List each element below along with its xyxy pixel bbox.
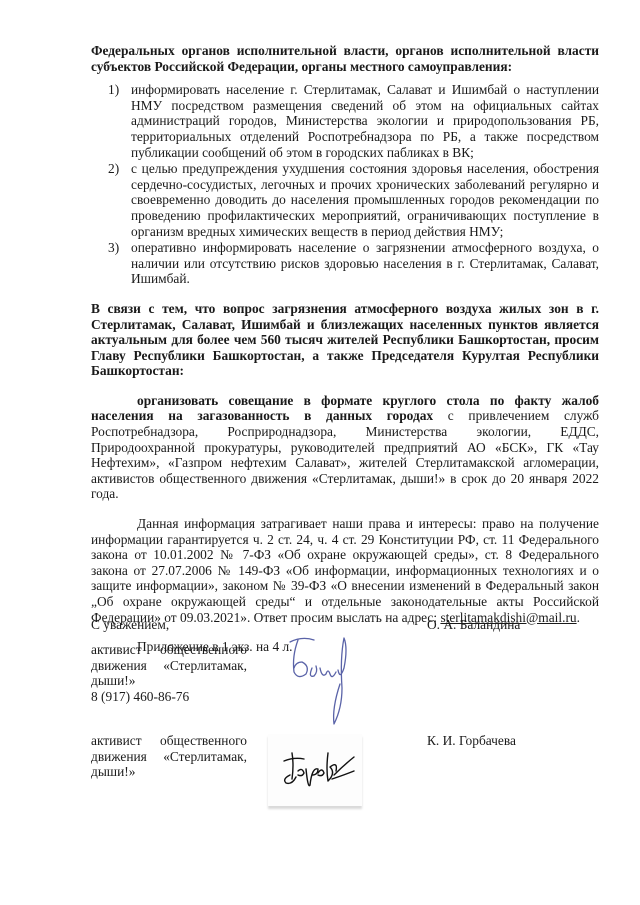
- addressee-heading: Федеральных органов исполнительной власт…: [91, 43, 599, 74]
- signer-role: активистобщественного движения«Стерлитам…: [91, 733, 247, 780]
- closing-greeting: С уважением,: [91, 617, 169, 633]
- legal-paragraph: Данная информация затрагивает наши права…: [91, 516, 599, 625]
- signer-name: О. А. Баландина: [427, 617, 520, 633]
- legal-text: Данная информация затрагивает наши права…: [91, 516, 599, 625]
- demand-text: информировать население г. Стерлитамак, …: [131, 82, 599, 159]
- appeal-paragraph: В связи с тем, что вопрос загрязнения ат…: [91, 301, 599, 379]
- demand-item: 2)с целью предупреждения ухудшения состо…: [91, 161, 599, 239]
- demand-text: с целью предупреждения ухудшения состоян…: [131, 161, 599, 238]
- demand-item: 3)оперативно информировать население о з…: [91, 240, 599, 287]
- signer-name: К. И. Горбачева: [427, 733, 516, 749]
- demands-list: 1)информировать население г. Стерлитамак…: [91, 82, 599, 287]
- demand-item: 1)информировать население г. Стерлитамак…: [91, 82, 599, 160]
- signer-phone: 8 (917) 460-86-76: [91, 689, 247, 705]
- demand-text: оперативно информировать население о заг…: [131, 240, 599, 286]
- request-paragraph: организовать совещание в формате круглог…: [91, 393, 599, 502]
- document-body: Федеральных органов исполнительной власт…: [91, 43, 599, 655]
- signature-image-1: [282, 628, 362, 728]
- signer-role: активистобщественного движения«Стерлитам…: [91, 642, 247, 704]
- signature-image-2: [278, 745, 358, 795]
